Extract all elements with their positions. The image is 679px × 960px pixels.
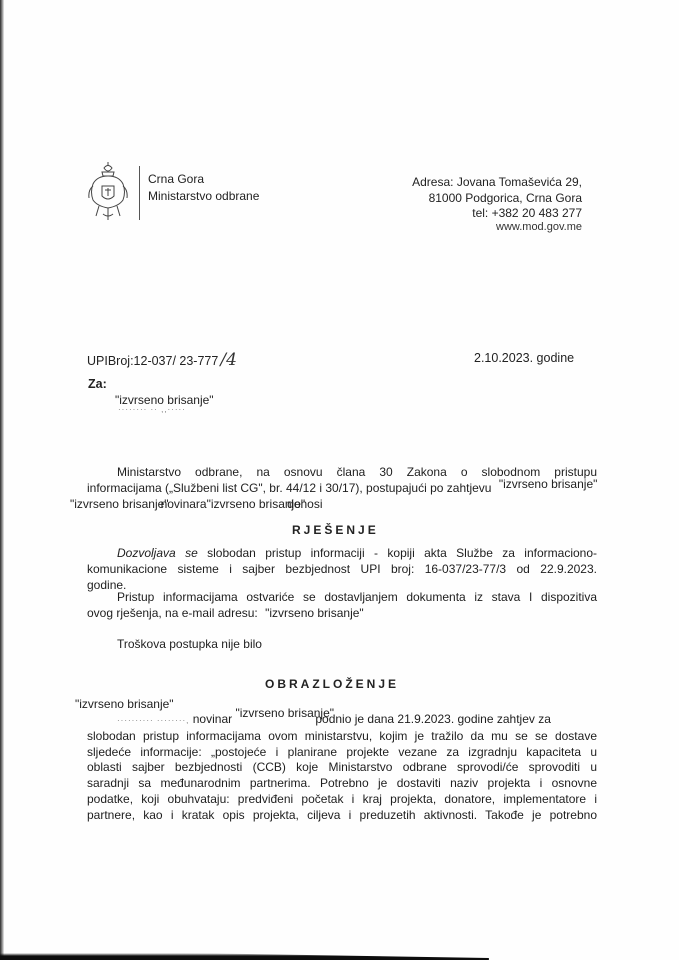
- coat-of-arms-icon: [87, 162, 129, 224]
- intro-redaction-1: "izvrseno brisanje": [499, 477, 598, 491]
- decision-paragraph-1: Dozvoljava se slobodan pristup informaci…: [87, 546, 597, 593]
- scan-shadow-left: [0, 0, 4, 960]
- decision-paragraph-3: Troškova postupka nije bilo: [117, 637, 262, 651]
- country-name: Crna Gora: [148, 172, 204, 186]
- reasoning-redaction-1: "izvrseno brisanje": [75, 697, 174, 711]
- reference-number: UPIBroj:12-037/ 23-777/4: [87, 350, 237, 370]
- reasoning-line-1-mid: novinar: [193, 712, 232, 726]
- redaction-scribble-2: ·········· ········,: [117, 716, 189, 725]
- decision-p1-line-1: Dozvoljava se slobodan pristup informaci…: [87, 546, 597, 562]
- reasoning-line-3: sljedeće informacije: „postojeće i plani…: [87, 745, 597, 761]
- reasoning-line-4: oblasti sajber bezbjednosti (CCB) koje M…: [87, 760, 597, 776]
- intro-redaction-2: "izvrseno brisanje": [70, 497, 169, 511]
- ministry-name: Ministarstvo odbrane: [148, 189, 259, 203]
- intro-line-2: informacijama („Službeni list CG", br. 4…: [87, 481, 597, 497]
- decision-paragraph-2: Pristup informacijama ostvariće se dosta…: [87, 590, 597, 622]
- intro-line-3-end: donosi: [287, 497, 322, 511]
- intro-line-3: "izvrseno brisanje"novinara"izvrseno bri…: [70, 497, 323, 511]
- address-city: 81000 Podgorica, Crna Gora: [429, 191, 582, 205]
- reasoning-line-2: slobodan pristup informacijama ovom mini…: [87, 729, 597, 745]
- decision-p1-italic: Dozvoljava se: [117, 546, 198, 560]
- reasoning-line-5: saradnji sa međunarodnim partnerima. Pot…: [87, 776, 597, 792]
- reasoning-line-1-end: podnio je dana 21.9.2023. godine zahtjev…: [315, 712, 551, 726]
- decision-p1-line-2: komunikacione sisteme i sajber bezbjedno…: [87, 562, 597, 578]
- email-redaction: "izvrseno brisanje": [265, 606, 364, 620]
- redaction-scribble: ········ ·· ,,·····: [118, 405, 186, 414]
- header-divider: [139, 166, 140, 220]
- handwritten-suffix: /4: [220, 350, 237, 370]
- reasoning-heading: OBRAZLOŽENJE: [265, 677, 399, 691]
- intro-line-3-middle: novinara: [161, 497, 207, 511]
- decision-p2-line-2: ovog rješenja, na e-mail adresu: "izvrse…: [87, 606, 597, 622]
- address-street: Adresa: Jovana Tomaševića 29,: [412, 175, 582, 189]
- decision-p2-line-1: Pristup informacijama ostvariće se dosta…: [87, 590, 597, 606]
- document-page: Crna Gora Ministarstvo odbrane Adresa: J…: [0, 0, 679, 960]
- reference-number-text: UPIBroj:12-037/ 23-777: [87, 354, 218, 368]
- address-phone: tel: +382 20 483 277: [472, 206, 582, 220]
- decision-p1-line-1-text: slobodan pristup informaciji - kopiji ak…: [207, 546, 597, 560]
- reasoning-paragraph: ·········· ········, novinar "izvrseno b…: [87, 712, 597, 824]
- recipient-label: Za:: [88, 377, 107, 391]
- reasoning-line-6: podatke, koji obuhvataju: predviđeni poč…: [87, 792, 597, 808]
- intro-line-2-text: informacijama („Službeni list CG", br. 4…: [87, 481, 491, 495]
- intro-paragraph: Ministarstvo odbrane, na osnovu člana 30…: [87, 465, 597, 497]
- document-date: 2.10.2023. godine: [474, 351, 574, 365]
- decision-p2-line-2-text: ovog rješenja, na e-mail adresu:: [87, 606, 258, 620]
- reasoning-line-7: partnere, kao i kratak opis projekta, ci…: [87, 808, 597, 824]
- scan-shadow-bottom: [0, 950, 679, 960]
- reasoning-redaction-2: "izvrseno brisanje": [235, 706, 334, 720]
- decision-heading: RJEŠENJE: [292, 523, 379, 537]
- address-website: www.mod.gov.me: [496, 221, 582, 233]
- reasoning-line-1: ·········· ········, novinar "izvrseno b…: [87, 712, 597, 729]
